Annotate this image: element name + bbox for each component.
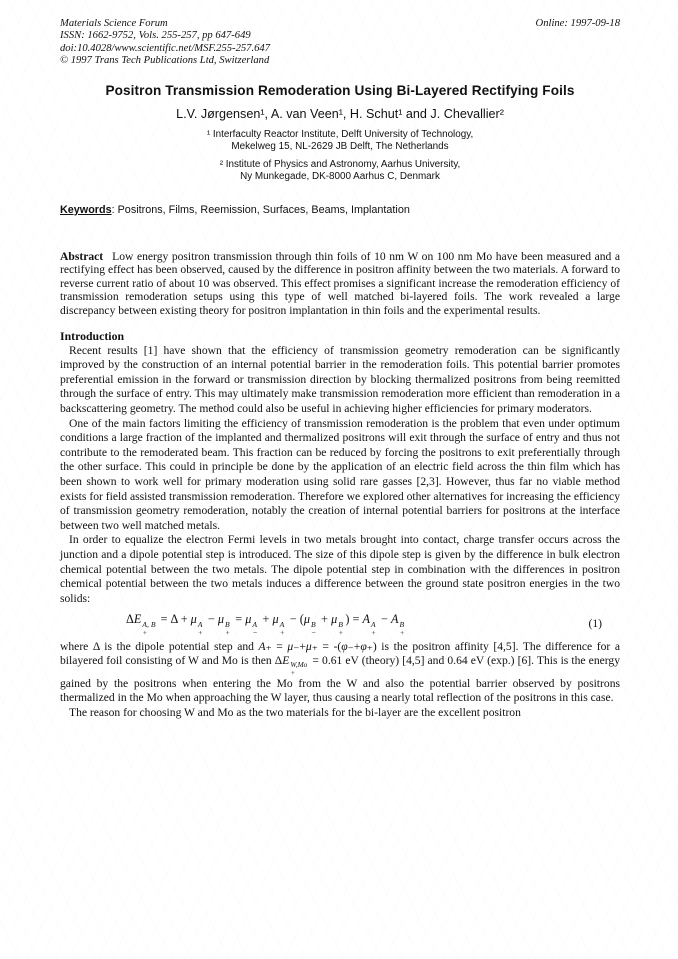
equation-1: ΔEA, B+ = Δ + μA+ − μB+ = μA− + μA+ − (μ…	[60, 611, 620, 636]
keywords-list: : Positrons, Films, Reemission, Surfaces…	[112, 204, 410, 216]
affiliation-1: ¹ Interfaculty Reactor Institute, Delft …	[60, 129, 620, 152]
affiliation-2: ² Institute of Physics and Astronomy, Aa…	[60, 159, 620, 182]
journal-page: Materials Science Forum ISSN: 1662-9752,…	[0, 0, 678, 959]
page-header: Materials Science Forum ISSN: 1662-9752,…	[60, 18, 620, 67]
paragraph-3: In order to equalize the electron Fermi …	[60, 533, 620, 606]
abstract-text: Low energy positron transmission through…	[60, 250, 620, 317]
abstract-paragraph: AbstractLow energy positron transmission…	[60, 250, 620, 318]
affiliation-2-line-1: ² Institute of Physics and Astronomy, Aa…	[60, 159, 620, 171]
abstract-label: Abstract	[60, 250, 103, 263]
paper-title: Positron Transmission Remoderation Using…	[60, 83, 620, 99]
publication-metadata: Materials Science Forum ISSN: 1662-9752,…	[60, 18, 270, 67]
online-date: Online: 1997-09-18	[536, 18, 620, 30]
paragraph-1: Recent results [1] have shown that the e…	[60, 344, 620, 417]
equation-number: (1)	[588, 616, 620, 632]
keywords-label: Keywords	[60, 204, 112, 216]
journal-name: Materials Science Forum	[60, 18, 270, 30]
paragraph-5: The reason for choosing W and Mo as the …	[60, 706, 620, 721]
affiliation-2-line-2: Ny Munkegade, DK-8000 Aarhus C, Denmark	[60, 171, 620, 183]
equation-body: ΔEA, B+ = Δ + μA+ − μB+ = μA− + μA+ − (μ…	[126, 611, 407, 636]
doi-line: doi:10.4028/www.scientific.net/MSF.255-2…	[60, 43, 270, 55]
introduction-heading: Introduction	[60, 329, 620, 344]
copyright-line: © 1997 Trans Tech Publications Ltd, Swit…	[60, 55, 270, 67]
issn-line: ISSN: 1662-9752, Vols. 255-257, pp 647-6…	[60, 30, 270, 42]
affiliation-1-line-2: Mekelweg 15, NL-2629 JB Delft, The Nethe…	[60, 141, 620, 153]
affiliation-1-line-1: ¹ Interfaculty Reactor Institute, Delft …	[60, 129, 620, 141]
paragraph-2: One of the main factors limiting the eff…	[60, 417, 620, 534]
paragraph-4: where Δ is the dipole potential step and…	[60, 640, 620, 706]
authors-line: L.V. Jørgensen¹, A. van Veen¹, H. Schut¹…	[60, 107, 620, 122]
keywords-line: Keywords: Positrons, Films, Reemission, …	[60, 204, 620, 217]
